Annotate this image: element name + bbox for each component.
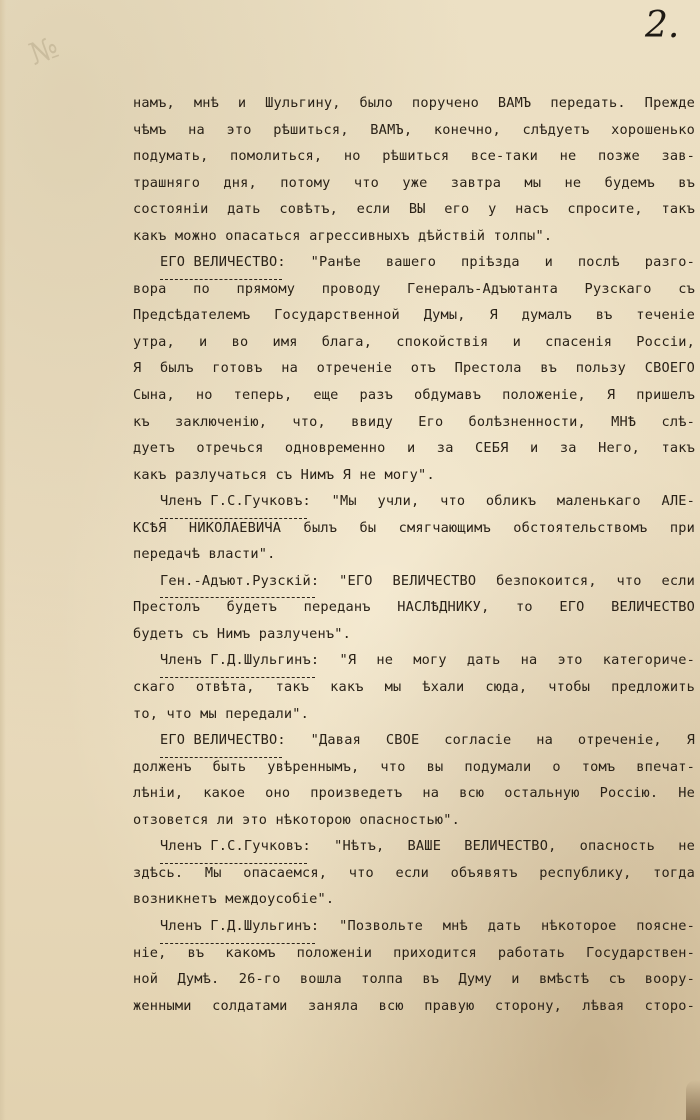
line-text: Престолъ будетъ переданъ НАСЛѢДНИКУ, то …	[133, 599, 695, 615]
speaker-line: Членъ Г.Д.Шульгинъ: "Позвольте мнѣ дать …	[133, 913, 695, 940]
text-line: Я былъ готовъ на отреченiе отъ Престола …	[133, 355, 695, 382]
line-text: здѣсь. Мы опасаемся, что если объявятъ р…	[133, 865, 695, 881]
speaker-name: ЕГО ВЕЛИЧЕСТВО:	[160, 727, 286, 754]
speaker-line: Членъ Г.С.Гучковъ: "Нѣтъ, ВАШЕ ВЕЛИЧЕСТВ…	[133, 833, 695, 860]
text-line: будетъ съ Нимъ разлученъ".	[133, 621, 695, 648]
text-line: къ заключенiю, что, ввиду Его болѣзненно…	[133, 409, 695, 436]
line-text: дуетъ отречься одновременно и за СЕБЯ и …	[133, 440, 695, 456]
speaker-line: Членъ Г.С.Гучковъ: "Мы учли, что обликъ …	[133, 488, 695, 515]
line-text: ной Думѣ. 26-го вошла толпа въ Думу и вм…	[133, 971, 695, 987]
line-text: женными солдатами заняла всю правую стор…	[133, 998, 695, 1014]
speaker-line: Членъ Г.Д.Шульгинъ: "Я не могу дать на э…	[133, 647, 695, 674]
line-text: нiе, въ какомъ положенiи приходится рабо…	[133, 945, 695, 961]
line-text: "Позвольте мнѣ дать нѣкоторое поясне-	[319, 918, 695, 934]
line-text: вора по прямому проводу Генералъ-Адъютан…	[133, 281, 695, 297]
text-line: то, что мы передали".	[133, 701, 695, 728]
text-line: трашняго дня, потому что уже завтра мы н…	[133, 170, 695, 197]
faded-stamp-mark: №	[25, 23, 86, 78]
text-line: лѣнiи, какое оно произведетъ на всю оста…	[133, 780, 695, 807]
line-text: трашняго дня, потому что уже завтра мы н…	[133, 175, 695, 191]
line-text: то, что мы передали".	[133, 706, 309, 722]
line-text: "ЕГО ВЕЛИЧЕСТВО безпокоится, что если	[319, 573, 695, 589]
line-text: утра, и во имя блага, спокойствiя и спас…	[133, 334, 695, 350]
line-text: къ заключенiю, что, ввиду Его болѣзненно…	[133, 414, 695, 430]
line-text: долженъ быть увѣреннымъ, что вы подумали…	[133, 759, 695, 775]
speaker-line: Ген.-Адъют.Рузскiй: "ЕГО ВЕЛИЧЕСТВО безп…	[133, 568, 695, 595]
speaker-line: ЕГО ВЕЛИЧЕСТВО: "Давая СВОЕ согласiе на …	[133, 727, 695, 754]
text-line: дуетъ отречься одновременно и за СЕБЯ и …	[133, 435, 695, 462]
line-text: намъ, мнѣ и Шульгину, было поручено ВАМЪ…	[133, 95, 695, 111]
line-text: "Нѣтъ, ВАШЕ ВЕЛИЧЕСТВО, опасность не	[311, 838, 695, 854]
page-corner-shadow	[686, 1080, 700, 1120]
text-line: чѣмъ на это рѣшиться, ВАМЪ, конечно, слѣ…	[133, 117, 695, 144]
line-text: лѣнiи, какое оно произведетъ на всю оста…	[133, 785, 695, 801]
line-text: чѣмъ на это рѣшиться, ВАМЪ, конечно, слѣ…	[133, 122, 695, 138]
line-text: передачѣ власти".	[133, 546, 276, 562]
text-line: передачѣ власти".	[133, 541, 695, 568]
text-line: женными солдатами заняла всю правую стор…	[133, 993, 695, 1020]
speaker-name: Членъ Г.Д.Шульгинъ:	[160, 647, 319, 674]
line-text: "Мы учли, что обликъ маленькаго АЛЕ-	[311, 493, 695, 509]
text-line: какъ разлучаться съ Нимъ Я не могу".	[133, 462, 695, 489]
line-text: Сына, но теперь, еще разъ обдумавъ полож…	[133, 387, 695, 403]
text-line: подумать, помолиться, но рѣшиться все-та…	[133, 143, 695, 170]
speaker-line: ЕГО ВЕЛИЧЕСТВО: "Ранѣе вашего прiѣзда и …	[133, 249, 695, 276]
speaker-name: ЕГО ВЕЛИЧЕСТВО:	[160, 249, 286, 276]
text-line: отзовется ли это нѣкоторою опасностью".	[133, 807, 695, 834]
text-line: утра, и во имя блага, спокойствiя и спас…	[133, 329, 695, 356]
line-text: Я былъ готовъ на отреченiе отъ Престола …	[133, 360, 695, 376]
line-text: Предсѣдателемъ Государственной Думы, Я д…	[133, 307, 695, 323]
text-line: состоянiи дать совѣтъ, если ВЫ его у нас…	[133, 196, 695, 223]
page-edge-shadow	[0, 0, 6, 1120]
page-number: 2.	[645, 8, 679, 44]
line-text: состоянiи дать совѣтъ, если ВЫ его у нас…	[133, 201, 695, 217]
line-text: "Ранѣе вашего прiѣзда и послѣ разго-	[286, 254, 695, 270]
speaker-name: Членъ Г.Д.Шульгинъ:	[160, 913, 319, 940]
text-line: Предсѣдателемъ Государственной Думы, Я д…	[133, 302, 695, 329]
line-text: подумать, помолиться, но рѣшиться все-та…	[133, 148, 695, 164]
text-line: какъ можно опасаться агрессивныхъ дѣйств…	[133, 223, 695, 250]
line-text: какъ разлучаться съ Нимъ Я не могу".	[133, 467, 435, 483]
line-text: какъ можно опасаться агрессивныхъ дѣйств…	[133, 228, 552, 244]
line-text: будетъ съ Нимъ разлученъ".	[133, 626, 351, 642]
line-text: КСѢЯ НИКОЛАЕВИЧА былъ бы смягчающимъ обс…	[133, 520, 695, 536]
speaker-name: Ген.-Адъют.Рузскiй:	[160, 568, 319, 595]
text-line: Сына, но теперь, еще разъ обдумавъ полож…	[133, 382, 695, 409]
line-text: "Я не могу дать на это категориче-	[319, 652, 695, 668]
text-line: ной Думѣ. 26-го вошла толпа въ Думу и вм…	[133, 966, 695, 993]
line-text: скаго отвѣта, такъ какъ мы ѣхали сюда, ч…	[133, 679, 695, 695]
text-line: возникнетъ междоусобiе".	[133, 886, 695, 913]
document-page: № 2. намъ, мнѣ и Шульгину, было поручено…	[0, 0, 700, 1120]
speaker-name: Членъ Г.С.Гучковъ:	[160, 488, 311, 515]
line-text: "Давая СВОЕ согласiе на отреченiе, Я	[286, 732, 695, 748]
line-text: возникнетъ междоусобiе".	[133, 891, 334, 907]
line-text: отзовется ли это нѣкоторою опасностью".	[133, 812, 460, 828]
speaker-name: Членъ Г.С.Гучковъ:	[160, 833, 311, 860]
text-line: намъ, мнѣ и Шульгину, было поручено ВАМЪ…	[133, 90, 695, 117]
typewritten-text-body: намъ, мнѣ и Шульгину, было поручено ВАМЪ…	[133, 90, 695, 1019]
